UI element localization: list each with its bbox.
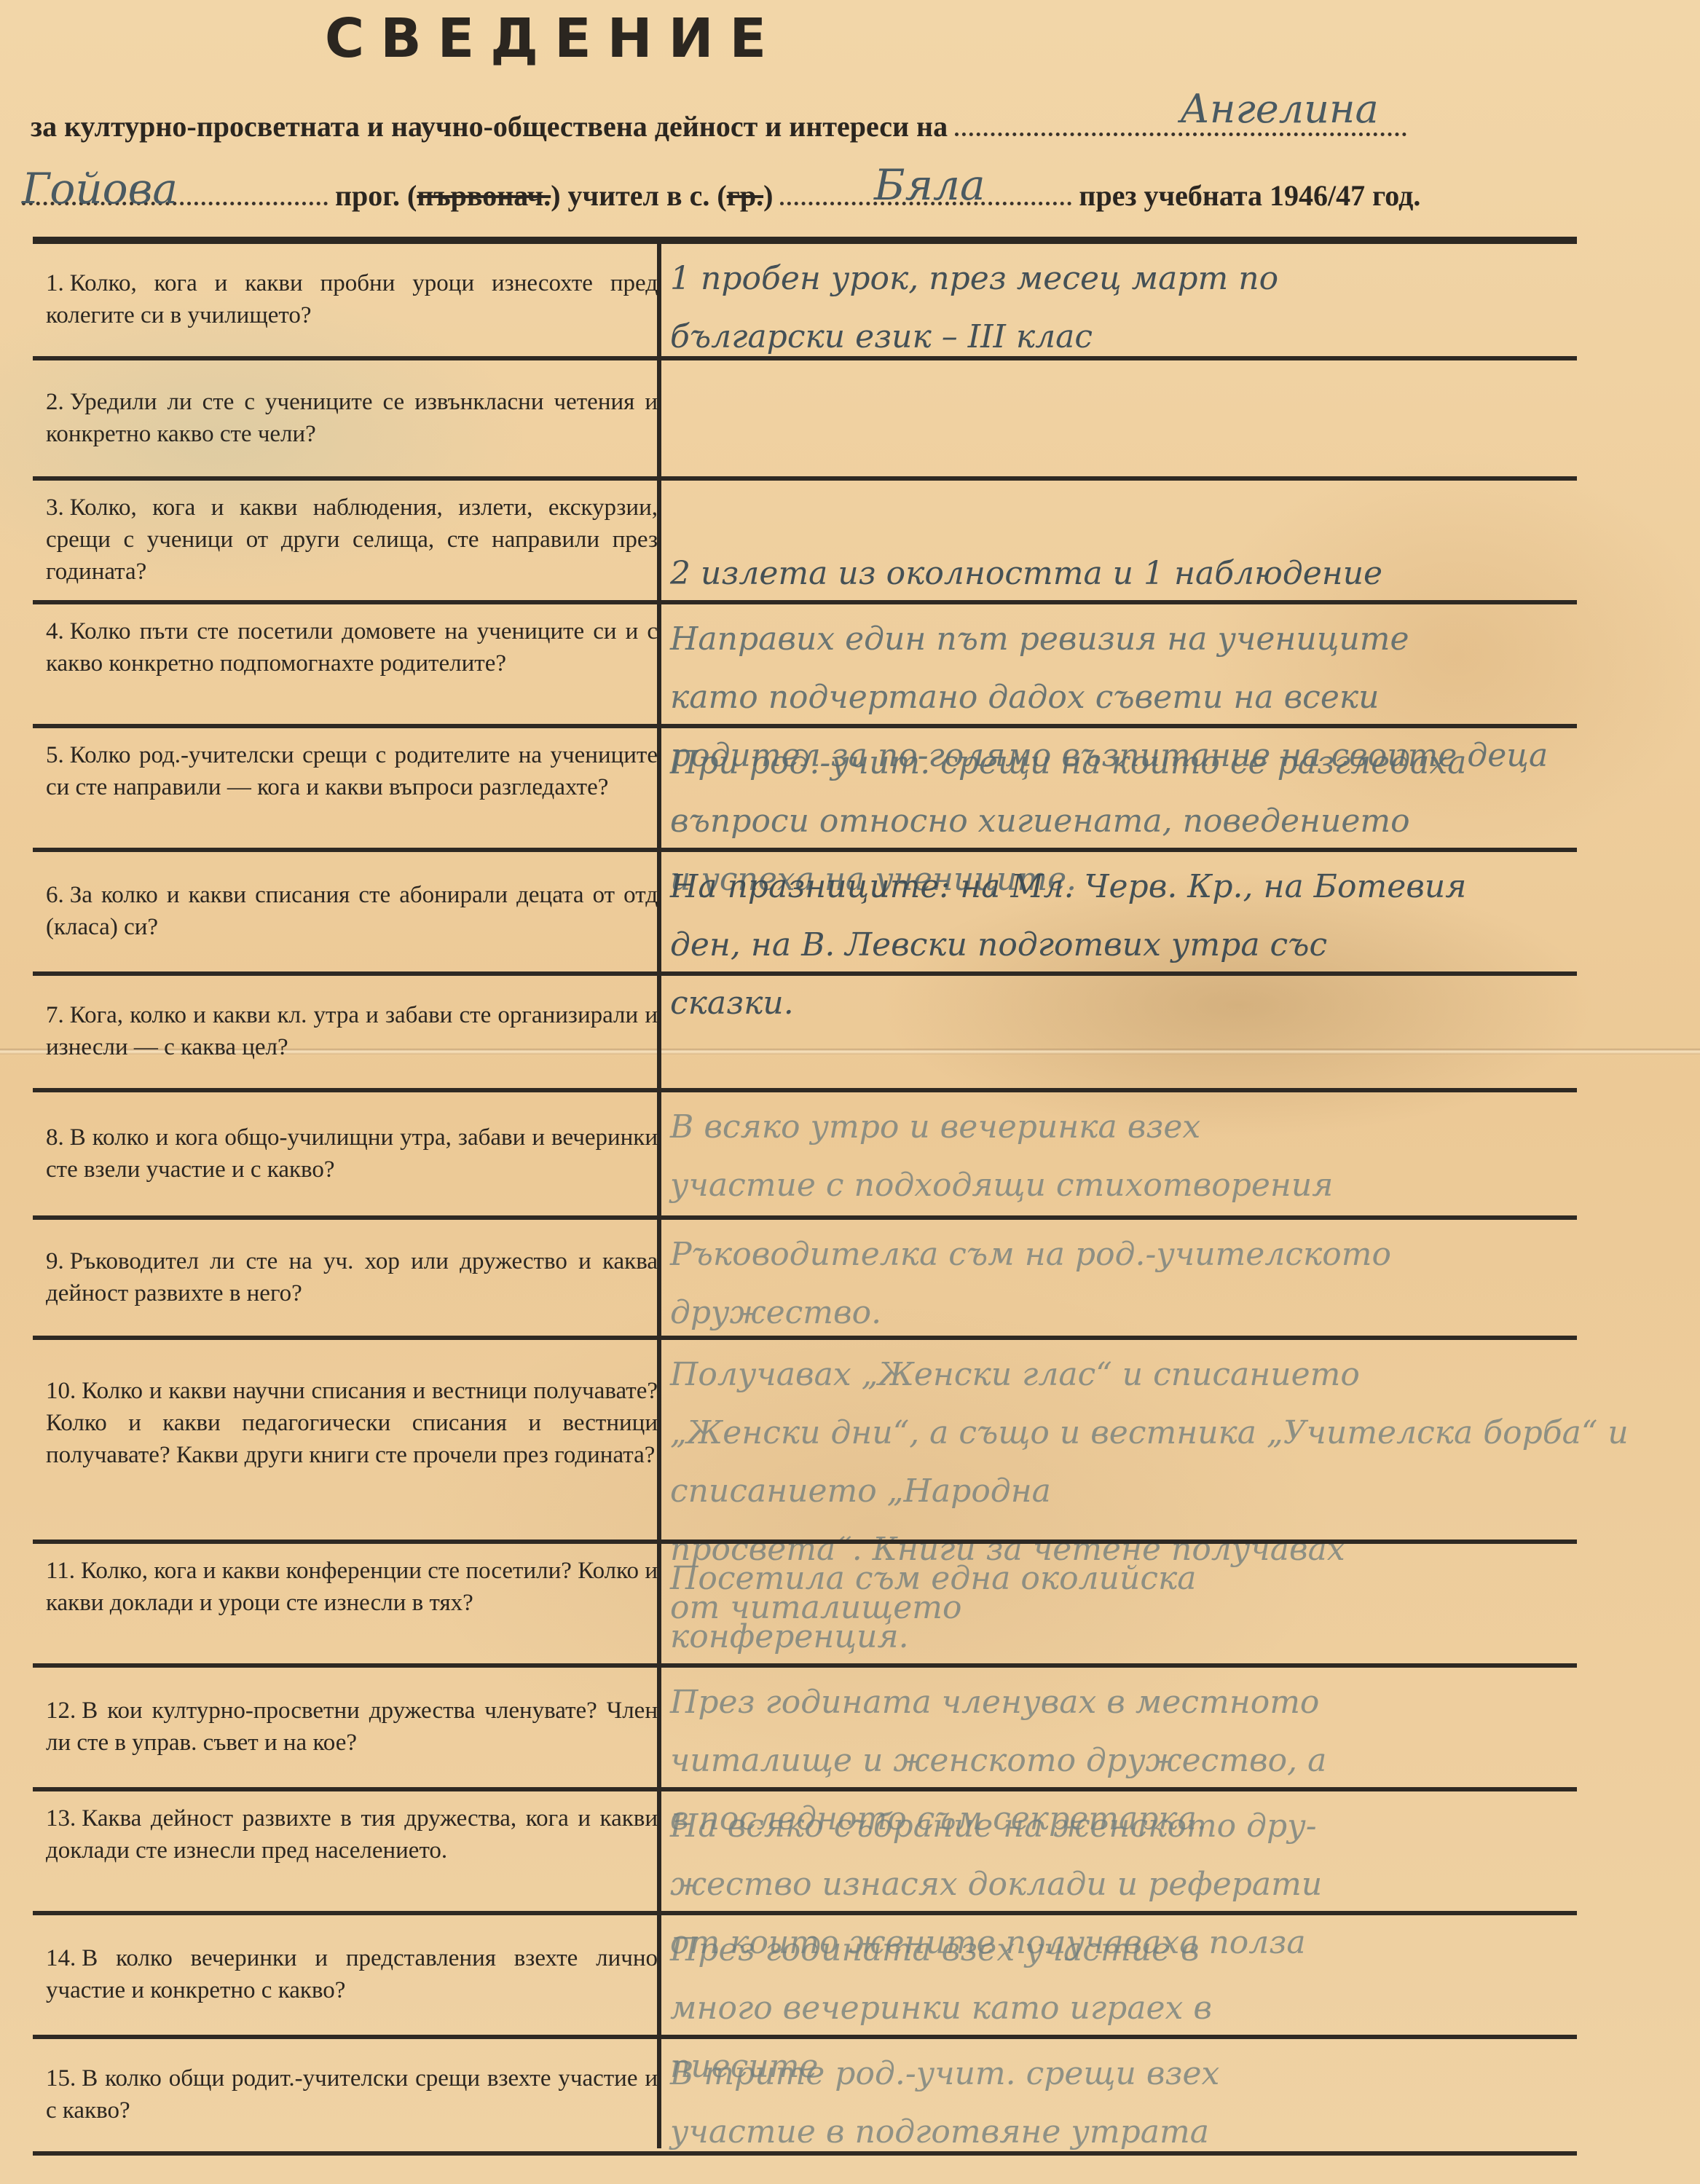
question-label: Кога, колко и какви кл. утра и забави ст… xyxy=(46,1002,658,1060)
handwritten-answer: 1 пробен урок, през месец март по българ… xyxy=(670,250,1653,366)
question-text: 5.Колко род.-учителски срещи с родителит… xyxy=(46,739,658,803)
question-label: В колко и кога общо-училищни утра, забав… xyxy=(46,1124,658,1183)
question-row: 4.Колко пъти сте посетили домовете на уч… xyxy=(33,604,1577,728)
question-number: 12. xyxy=(46,1698,76,1724)
question-label: Колко пъти сте посетили домовете на учен… xyxy=(46,618,658,677)
question-text: 1.Колко, кога и какви пробни уроци изнес… xyxy=(46,267,658,331)
question-number: 5. xyxy=(46,742,64,768)
question-text: 6.За колко и какви списания сте абонирал… xyxy=(46,879,658,943)
question-label: Колко род.-учителски срещи с родителите … xyxy=(46,742,658,800)
question-number: 7. xyxy=(46,1002,64,1028)
question-text: 15.В колко общи родит.-учителски срещи в… xyxy=(46,2062,658,2126)
question-text: 7.Кога, колко и какви кл. утра и забави … xyxy=(46,999,658,1063)
question-row: 9.Ръководител ли сте на уч. хор или друж… xyxy=(33,1220,1577,1340)
row-divider xyxy=(33,2151,1577,2156)
handwritten-answer: Посетила съм една околийска конференция. xyxy=(670,1550,1653,1666)
header-teacher-label: ) учител в с. ( xyxy=(551,179,726,212)
question-number: 3. xyxy=(46,494,64,521)
question-number: 4. xyxy=(46,618,64,644)
question-row: 10.Колко и какви научни списания и вестн… xyxy=(33,1340,1577,1544)
question-text: 14.В колко вечеринки и представления взе… xyxy=(46,1942,658,2006)
question-number: 8. xyxy=(46,1124,64,1151)
question-row: 11.Колко, кога и какви конференции сте п… xyxy=(33,1544,1577,1668)
question-text: 8.В колко и кога общо-училищни утра, заб… xyxy=(46,1121,658,1186)
handwritten-answer: Ръководителка съм на род.-учителското др… xyxy=(670,1226,1653,1342)
handwritten-answer: 2 излета из околността и 1 наблюдение xyxy=(670,486,1653,603)
header-close-paren: ) xyxy=(763,179,773,212)
question-number: 14. xyxy=(46,1945,76,1971)
question-row: 8.В колко и кога общо-училищни утра, заб… xyxy=(33,1092,1577,1220)
question-number: 11. xyxy=(46,1558,75,1584)
question-number: 9. xyxy=(46,1248,64,1274)
question-text: 4.Колко пъти сте посетили домовете на уч… xyxy=(46,615,658,679)
handwritten-answer: В трите род.-учит. срещи взех участие в … xyxy=(670,2045,1653,2161)
question-number: 13. xyxy=(46,1805,76,1832)
question-label: Колко и какви научни списания и вестници… xyxy=(46,1378,658,1468)
question-label: Каква дейност развихте в тия дружества, … xyxy=(46,1805,658,1864)
question-text: 10.Колко и какви научни списания и вестн… xyxy=(46,1375,658,1471)
question-number: 15. xyxy=(46,2065,76,2092)
question-text: 2.Уредили ли сте с учениците се извънкла… xyxy=(46,386,658,450)
question-text: 12.В кои културно-просветни дружества чл… xyxy=(46,1695,658,1759)
table-top-border xyxy=(33,237,1577,244)
handwritten-answer: В всяко утро и вечеринка взех участие с … xyxy=(670,1098,1653,1215)
header-line-2: прог. (първонач.) учител в с. (гр.) през… xyxy=(22,178,1602,213)
question-row: 13.Каква дейност развихте в тия дружеств… xyxy=(33,1791,1577,1915)
question-row: 7.Кога, колко и какви кл. утра и забави … xyxy=(33,976,1577,1092)
question-text: 13.Каква дейност развихте в тия дружеств… xyxy=(46,1802,658,1866)
teacher-last-name-handwritten: Гойова xyxy=(22,164,178,213)
question-row: 15.В колко общи родит.-учителски срещи в… xyxy=(33,2039,1577,2156)
question-label: За колко и какви списания сте абонирали … xyxy=(46,882,658,940)
question-text: 3.Колко, кога и какви наблюдения, излети… xyxy=(46,492,658,588)
question-label: В кои културно-просветни дружества члену… xyxy=(46,1698,658,1756)
question-row: 6.За колко и какви списания сте абонирал… xyxy=(33,852,1577,976)
question-row: 1.Колко, кога и какви пробни уроци изнес… xyxy=(33,244,1577,360)
question-number: 6. xyxy=(46,882,64,908)
header-line-1-prefix: за културно-просветната и научно-обществ… xyxy=(31,110,948,143)
teacher-first-name-handwritten: Ангелина xyxy=(1180,86,1379,132)
header-struck-city: гр. xyxy=(727,179,763,212)
question-text: 11.Колко, кога и какви конференции сте п… xyxy=(46,1555,658,1619)
header-prog-label: прог. ( xyxy=(335,179,417,212)
question-number: 10. xyxy=(46,1378,76,1404)
document-title: СВЕДЕНИЕ xyxy=(0,7,1107,70)
question-row: 3.Колко, кога и какви наблюдения, излети… xyxy=(33,481,1577,604)
question-label: В колко вечеринки и представления взехте… xyxy=(46,1945,658,2003)
question-text: 9.Ръководител ли сте на уч. хор или друж… xyxy=(46,1245,658,1309)
header-school-year: през учебната 1946/47 год. xyxy=(1079,179,1420,212)
village-handwritten: Бяла xyxy=(874,160,985,210)
question-label: В колко общи родит.-учителски срещи взех… xyxy=(46,2065,658,2124)
question-row: 5.Колко род.-учителски срещи с родителит… xyxy=(33,728,1577,852)
question-label: Колко, кога и какви наблюдения, излети, … xyxy=(46,494,658,585)
question-label: Колко, кога и какви пробни уроци изнесох… xyxy=(46,270,658,328)
question-row: 14.В колко вечеринки и представления взе… xyxy=(33,1915,1577,2039)
question-number: 2. xyxy=(46,389,64,415)
question-label: Уредили ли сте с учениците се извънкласн… xyxy=(46,389,658,447)
question-label: Ръководител ли сте на уч. хор или дружес… xyxy=(46,1248,658,1306)
question-row: 12.В кои културно-просветни дружества чл… xyxy=(33,1668,1577,1791)
question-number: 1. xyxy=(46,270,64,296)
question-row: 2.Уредили ли сте с учениците се извънкла… xyxy=(33,360,1577,481)
question-label: Колко, кога и какви конференции сте посе… xyxy=(46,1558,658,1616)
header-struck-primary: първонач. xyxy=(417,179,551,212)
